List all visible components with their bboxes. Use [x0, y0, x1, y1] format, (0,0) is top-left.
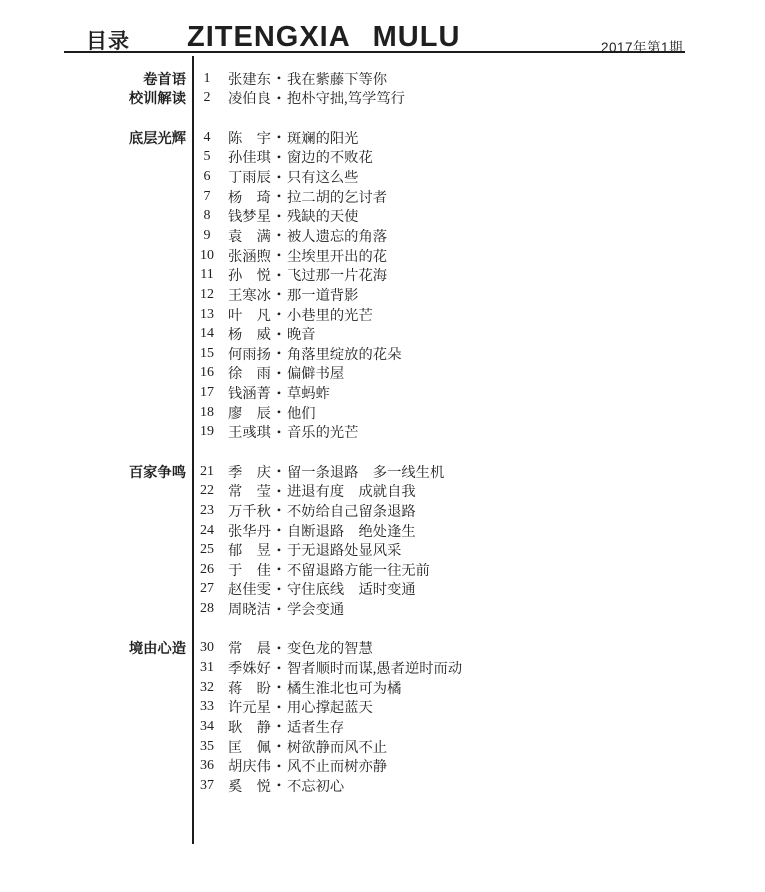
entry-author: 王彧琪	[228, 422, 271, 442]
entry-author: 孙 悦	[228, 265, 271, 285]
toc-entry: 6丁雨辰•只有这么些	[0, 167, 765, 187]
entry-page-number: 24	[194, 523, 220, 539]
entry-author: 常 莹	[228, 481, 271, 501]
bullet-separator: •	[271, 464, 287, 479]
entry-author: 廖 辰	[228, 403, 271, 423]
toc-entry: 33许元星•用心撑起蓝天	[0, 698, 765, 718]
entry-page-number: 10	[194, 248, 220, 264]
entry-author: 叶 凡	[228, 305, 271, 325]
entry-author: 于 佳	[228, 560, 271, 580]
bullet-separator: •	[271, 543, 287, 558]
bullet-separator: •	[271, 484, 287, 499]
toc-entry: 底层光辉4陈 宇•斑斓的阳光	[0, 128, 765, 148]
entry-page-number: 1	[194, 71, 220, 87]
entry-page-number: 31	[194, 660, 220, 676]
entry-title: 音乐的光芒	[287, 422, 358, 442]
toc-entry: 19王彧琪•音乐的光芒	[0, 423, 765, 443]
entry-author: 杨 威	[228, 324, 271, 344]
toc-entry: 22常 莹•进退有度 成就自我	[0, 481, 765, 501]
entry-author: 丁雨辰	[228, 167, 271, 187]
bullet-separator: •	[271, 91, 287, 106]
toc-entry: 24张华丹•自断退路 绝处逢生	[0, 521, 765, 541]
entry-page-number: 19	[194, 424, 220, 440]
toc-entry: 32蒋 盼•橘生淮北也可为橘	[0, 678, 765, 698]
entry-author: 张华丹	[228, 521, 271, 541]
toc-entry: 37奚 悦•不忘初心	[0, 776, 765, 796]
bullet-separator: •	[271, 778, 287, 793]
toc-entry: 7杨 琦•拉二胡的乞讨者	[0, 187, 765, 207]
bullet-separator: •	[271, 503, 287, 518]
entry-page-number: 14	[194, 326, 220, 342]
entry-page-number: 4	[194, 130, 220, 146]
bullet-separator: •	[271, 209, 287, 224]
toc-entry: 14杨 威•晚音	[0, 324, 765, 344]
entry-title: 那一道背影	[287, 285, 358, 305]
entry-title: 风不止而树亦静	[287, 756, 387, 776]
toc-list: 卷首语1张建东•我在紫藤下等你校训解读2凌伯良•抱朴守拙,笃学笃行底层光辉4陈 …	[0, 69, 765, 796]
entry-title: 窗边的不败花	[287, 147, 373, 167]
entry-page-number: 18	[194, 405, 220, 421]
entry-page-number: 6	[194, 169, 220, 185]
entry-title: 草蚂蚱	[287, 383, 330, 403]
entry-title: 斑斓的阳光	[287, 128, 358, 148]
entry-title: 尘埃里开出的花	[287, 246, 387, 266]
entry-page-number: 23	[194, 503, 220, 519]
bullet-separator: •	[271, 71, 287, 86]
entry-page-number: 37	[194, 778, 220, 794]
toc-entry: 28周晓洁•学会变通	[0, 599, 765, 619]
entry-title: 不妨给自己留条退路	[287, 501, 416, 521]
entry-page-number: 12	[194, 287, 220, 303]
entry-author: 季姝好	[228, 658, 271, 678]
entry-page-number: 7	[194, 189, 220, 205]
bullet-separator: •	[271, 425, 287, 440]
bullet-separator: •	[271, 150, 287, 165]
toc-entry: 36胡庆伟•风不止而树亦静	[0, 756, 765, 776]
bullet-separator: •	[271, 523, 287, 538]
entry-title: 抱朴守拙,笃学笃行	[287, 88, 405, 108]
toc-entry: 18廖 辰•他们	[0, 403, 765, 423]
entry-title: 晚音	[287, 324, 316, 344]
entry-title: 用心撑起蓝天	[287, 697, 373, 717]
entry-page-number: 30	[194, 640, 220, 656]
entry-title: 适者生存	[287, 717, 344, 737]
bullet-separator: •	[271, 582, 287, 597]
bullet-separator: •	[271, 759, 287, 774]
entry-title: 残缺的天使	[287, 206, 358, 226]
entry-author: 蒋 盼	[228, 678, 271, 698]
entry-page-number: 33	[194, 699, 220, 715]
toc-entry: 17钱涵菁•草蚂蚱	[0, 383, 765, 403]
bullet-separator: •	[271, 366, 287, 381]
issue-label: 2017年第1期	[601, 36, 683, 56]
entry-page-number: 28	[194, 601, 220, 617]
entry-page-number: 27	[194, 581, 220, 597]
entry-title: 留一条退路 多一线生机	[287, 462, 444, 482]
entry-author: 许元星	[228, 697, 271, 717]
entry-title: 变色龙的智慧	[287, 638, 373, 658]
entry-title: 不留退路方能一往无前	[287, 560, 430, 580]
bullet-separator: •	[271, 700, 287, 715]
section-label: 境由心造	[0, 638, 186, 658]
bullet-separator: •	[271, 248, 287, 263]
entry-page-number: 17	[194, 385, 220, 401]
entry-author: 万千秋	[228, 501, 271, 521]
toc-gap	[0, 619, 765, 639]
entry-title: 偏僻书屋	[287, 363, 344, 383]
bullet-separator: •	[271, 719, 287, 734]
entry-title: 角落里绽放的花朵	[287, 344, 401, 364]
bullet-separator: •	[271, 405, 287, 420]
toc-page: 目录 ZITENGXIA MULU 2017年第1期 卷首语1张建东•我在紫藤下…	[0, 0, 765, 892]
bullet-separator: •	[271, 641, 287, 656]
entry-author: 何雨扬	[228, 344, 271, 364]
entry-author: 王寒冰	[228, 285, 271, 305]
magazine-name-pinyin: ZITENGXIA MULU	[187, 21, 460, 54]
entry-title: 小巷里的光芒	[287, 305, 373, 325]
bullet-separator: •	[271, 602, 287, 617]
entry-page-number: 21	[194, 464, 220, 480]
entry-author: 孙佳琪	[228, 147, 271, 167]
toc-entry: 卷首语1张建东•我在紫藤下等你	[0, 69, 765, 89]
toc-gap	[0, 108, 765, 128]
bullet-separator: •	[271, 307, 287, 322]
toc-entry: 23万千秋•不妨给自己留条退路	[0, 501, 765, 521]
entry-author: 奚 悦	[228, 776, 271, 796]
entry-author: 郁 昱	[228, 540, 271, 560]
entry-page-number: 11	[194, 267, 220, 283]
entry-title: 拉二胡的乞讨者	[287, 187, 387, 207]
toc-entry: 31季姝好•智者顺时而谋,愚者逆时而动	[0, 658, 765, 678]
entry-title: 飞过那一片花海	[287, 265, 387, 285]
toc-entry: 15何雨扬•角落里绽放的花朵	[0, 344, 765, 364]
entry-title: 只有这么些	[287, 167, 358, 187]
entry-author: 袁 满	[228, 226, 271, 246]
entry-author: 匡 佩	[228, 737, 271, 757]
entry-title: 被人遗忘的角落	[287, 226, 387, 246]
bullet-separator: •	[271, 268, 287, 283]
entry-author: 钱涵菁	[228, 383, 271, 403]
entry-author: 陈 宇	[228, 128, 271, 148]
entry-page-number: 25	[194, 542, 220, 558]
entry-page-number: 36	[194, 758, 220, 774]
entry-author: 赵佳雯	[228, 579, 271, 599]
bullet-separator: •	[271, 189, 287, 204]
bullet-separator: •	[271, 661, 287, 676]
entry-author: 凌伯良	[228, 88, 271, 108]
entry-title: 自断退路 绝处逢生	[287, 521, 416, 541]
entry-title: 不忘初心	[287, 776, 344, 796]
toc-entry: 10张涵煦•尘埃里开出的花	[0, 246, 765, 266]
toc-entry: 27赵佳雯•守住底线 适时变通	[0, 580, 765, 600]
toc-entry: 35匡 佩•树欲静而风不止	[0, 737, 765, 757]
bullet-separator: •	[271, 228, 287, 243]
header-rule	[64, 51, 685, 53]
bullet-separator: •	[271, 170, 287, 185]
entry-title: 我在紫藤下等你	[287, 69, 387, 89]
toc-entry: 8钱梦星•残缺的天使	[0, 206, 765, 226]
toc-entry: 34耿 静•适者生存	[0, 717, 765, 737]
bullet-separator: •	[271, 562, 287, 577]
toc-entry: 25郁 昱•于无退路处显风采	[0, 540, 765, 560]
entry-author: 张涵煦	[228, 246, 271, 266]
toc-entry: 校训解读2凌伯良•抱朴守拙,笃学笃行	[0, 89, 765, 109]
section-label: 校训解读	[0, 88, 186, 108]
entry-author: 季 庆	[228, 462, 271, 482]
entry-title: 进退有度 成就自我	[287, 481, 416, 501]
toc-entry: 13叶 凡•小巷里的光芒	[0, 305, 765, 325]
entry-page-number: 2	[194, 90, 220, 106]
entry-page-number: 34	[194, 719, 220, 735]
entry-author: 杨 琦	[228, 187, 271, 207]
entry-page-number: 15	[194, 346, 220, 362]
section-label: 底层光辉	[0, 128, 186, 148]
entry-page-number: 35	[194, 739, 220, 755]
entry-author: 徐 雨	[228, 363, 271, 383]
entry-title: 于无退路处显风采	[287, 540, 401, 560]
bullet-separator: •	[271, 346, 287, 361]
entry-author: 常 晨	[228, 638, 271, 658]
entry-title: 他们	[287, 403, 316, 423]
entry-title: 橘生淮北也可为橘	[287, 678, 401, 698]
toc-entry: 百家争鸣21季 庆•留一条退路 多一线生机	[0, 462, 765, 482]
toc-entry: 境由心造30常 晨•变色龙的智慧	[0, 639, 765, 659]
bullet-separator: •	[271, 739, 287, 754]
toc-entry: 5孙佳琪•窗边的不败花	[0, 148, 765, 168]
bullet-separator: •	[271, 287, 287, 302]
toc-entry: 12王寒冰•那一道背影	[0, 285, 765, 305]
entry-page-number: 13	[194, 307, 220, 323]
toc-entry: 11孙 悦•飞过那一片花海	[0, 265, 765, 285]
entry-page-number: 22	[194, 483, 220, 499]
entry-author: 张建东	[228, 69, 271, 89]
entry-title: 守住底线 适时变通	[287, 579, 416, 599]
toc-entry: 9袁 满•被人遗忘的角落	[0, 226, 765, 246]
entry-page-number: 26	[194, 562, 220, 578]
entry-page-number: 16	[194, 365, 220, 381]
toc-entry: 16徐 雨•偏僻书屋	[0, 364, 765, 384]
entry-author: 钱梦星	[228, 206, 271, 226]
entry-page-number: 9	[194, 228, 220, 244]
toc-gap	[0, 442, 765, 462]
bullet-separator: •	[271, 327, 287, 342]
bullet-separator: •	[271, 386, 287, 401]
entry-title: 智者顺时而谋,愚者逆时而动	[287, 658, 462, 678]
entry-page-number: 5	[194, 149, 220, 165]
toc-entry: 26于 佳•不留退路方能一往无前	[0, 560, 765, 580]
entry-author: 耿 静	[228, 717, 271, 737]
entry-author: 周晓洁	[228, 599, 271, 619]
entry-title: 树欲静而风不止	[287, 737, 387, 757]
entry-page-number: 32	[194, 680, 220, 696]
entry-page-number: 8	[194, 208, 220, 224]
section-label: 卷首语	[0, 69, 186, 89]
entry-author: 胡庆伟	[228, 756, 271, 776]
section-label: 百家争鸣	[0, 462, 186, 482]
bullet-separator: •	[271, 130, 287, 145]
bullet-separator: •	[271, 680, 287, 695]
entry-title: 学会变通	[287, 599, 344, 619]
